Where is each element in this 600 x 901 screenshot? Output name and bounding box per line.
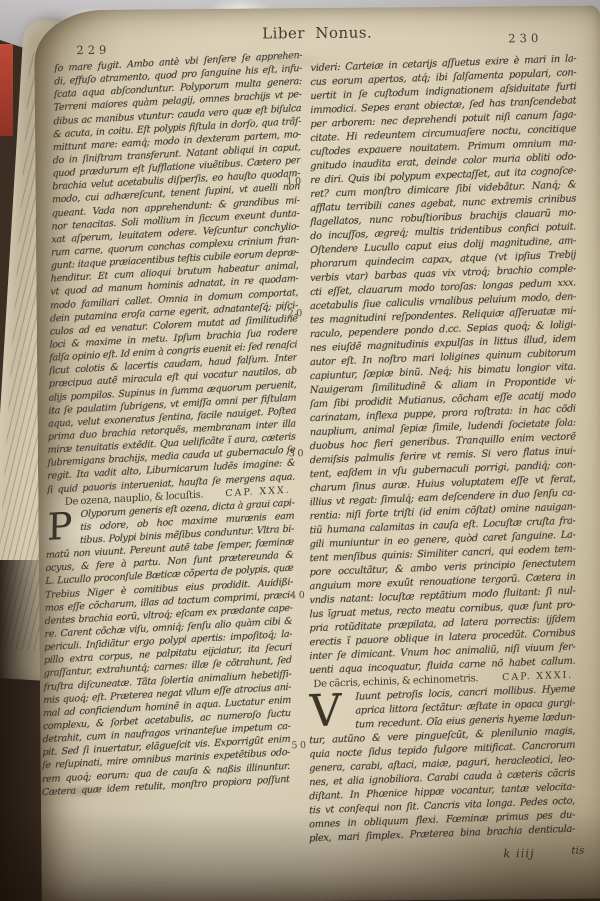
- text-column-right: videri: Carteiæ in cetarijs aſſuetus exi…: [309, 52, 576, 846]
- column-number-left: 229: [76, 43, 110, 57]
- drop-cap-initial: V: [309, 691, 341, 732]
- text-line: 50: [291, 740, 308, 751]
- text-column-left: ſo mare fugit. Ambo antè vbi ſenſere ſe …: [42, 49, 303, 799]
- column-number-right: 230: [508, 31, 542, 45]
- dropcap-lines: Iuunt petroſis locis, cancri mollibus. H…: [355, 683, 575, 733]
- paragraph-lines: ſo mare fugit. Ambo antè vbi ſenſere ſe …: [47, 49, 302, 497]
- drop-cap-initial: P: [47, 509, 72, 544]
- paragraph-lines: matũ non viuunt. Pereunt autẽ tabe ſempe…: [42, 536, 294, 799]
- book-photo: 228 Liber Nonus. 229 230 1020304050 ſo m…: [0, 0, 600, 901]
- book-page: Liber Nonus. 229 230 1020304050 ſo mare …: [34, 6, 600, 901]
- signature-mark: k iiij: [503, 846, 534, 860]
- paragraph-lines: videri: Carteiæ in cetarijs aſſuetus exi…: [309, 52, 576, 678]
- paragraph-lines: tur, autũno & vere pingueſcũt, & plenilu…: [309, 725, 575, 847]
- catchword: tis: [571, 845, 584, 857]
- red-edge-mark: [0, 44, 13, 136]
